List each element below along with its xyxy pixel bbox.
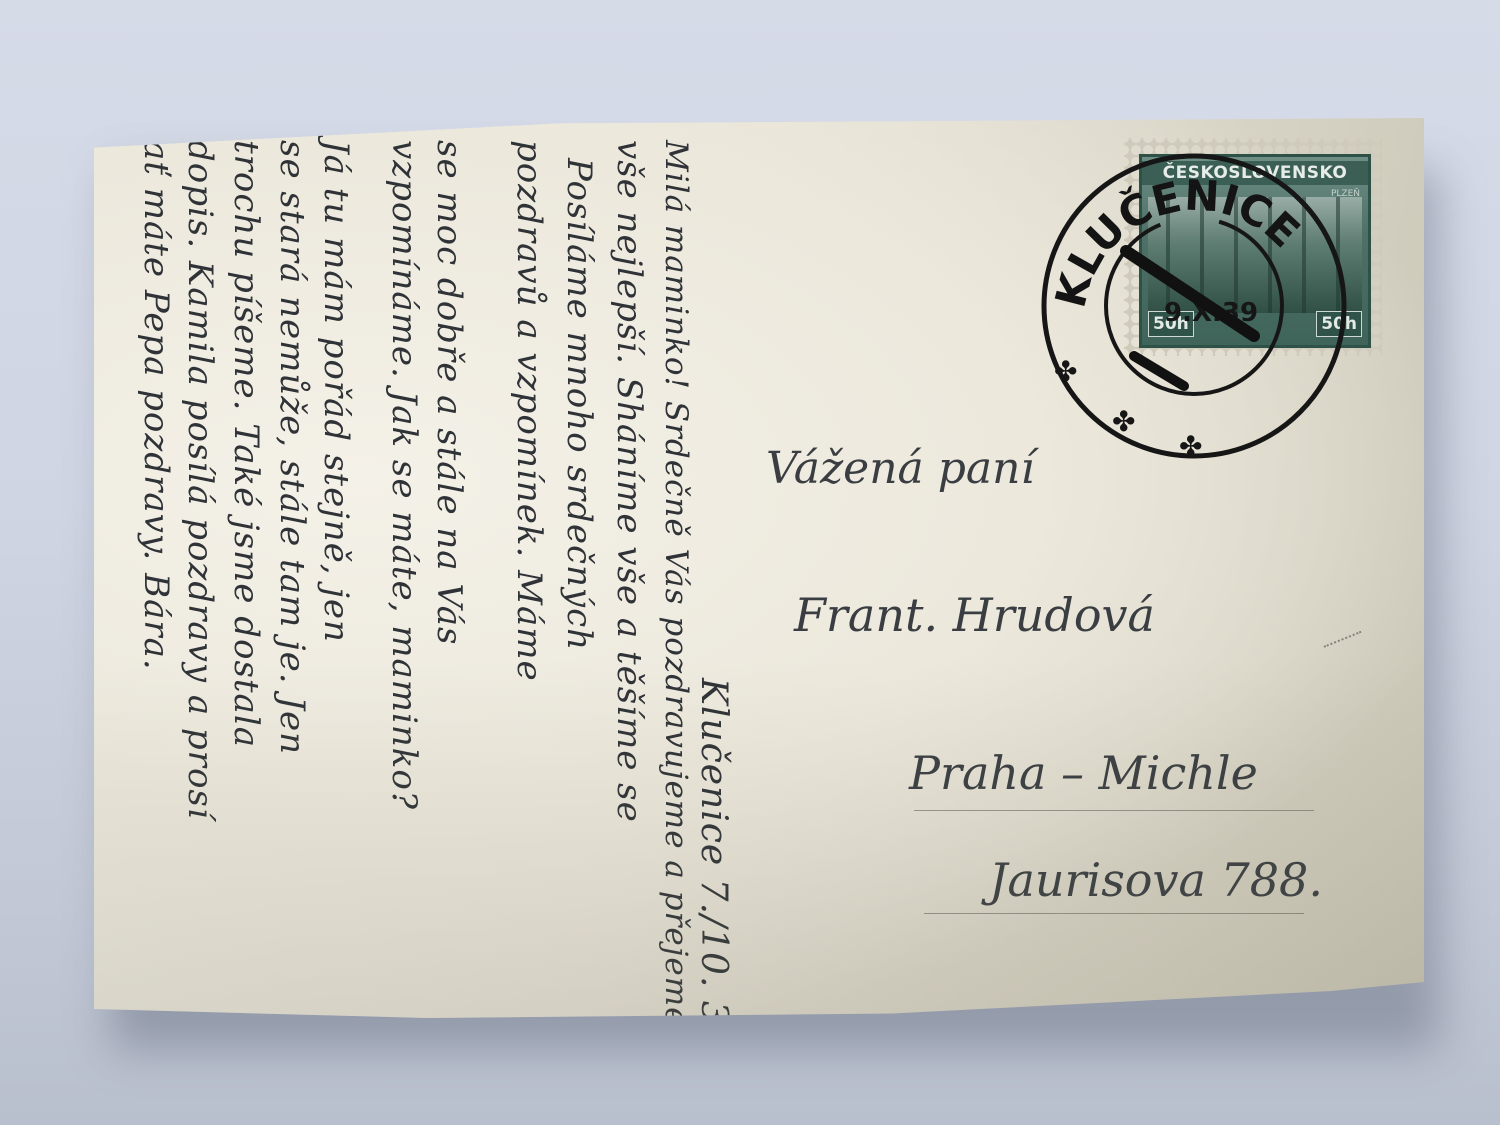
message-line: pozdravů a vzpomínek. Máme — [509, 140, 549, 682]
address-underline — [924, 913, 1304, 914]
postmark-ornament-icon: ✤ — [1054, 355, 1077, 388]
address-name: Frant. Hrudová — [794, 588, 1155, 642]
message-line: dopis. Kamila posílá pozdravy a prosí — [180, 140, 220, 820]
message-line: Milá maminko! Srdečně Vás pozdravujeme a… — [658, 140, 694, 1026]
postmark-ornament-icon: ✤ — [1112, 405, 1135, 438]
message-line: vzpomínáme. Jak se máte, maminko? — [384, 140, 424, 810]
message-line: vše nejlepší. Sháníme vše a těšíme se — [609, 140, 649, 823]
message-line: se stará nemůže, stále tam je. Jen — [272, 140, 312, 755]
faint-pencil-mark — [1324, 631, 1365, 655]
address-underline — [914, 810, 1314, 811]
message-line: ať máte Pepa pozdravy. Bára. — [136, 140, 176, 671]
message-line: Posíláme mnoho srdečných — [559, 158, 599, 651]
address-city: Praha – Michle — [909, 746, 1258, 800]
postcard: Klučenice 7./10. 39 Milá maminko! Srdečn… — [94, 118, 1424, 1018]
address-salutation: Vážená paní — [766, 443, 1035, 494]
message-line: trochu píšeme. Také jsme dostala — [226, 140, 266, 748]
postmark-cancellation: KLUČENICE 9.X.39 ✤ ✤ ✤ — [1014, 136, 1374, 466]
message-line: se moc dobře a stále na Vás — [429, 140, 469, 646]
message-line: Já tu mám pořád stejně, jen — [316, 140, 356, 643]
message-heading: Klučenice 7./10. 39 — [693, 678, 734, 1049]
message-block: Klučenice 7./10. 39 Milá maminko! Srdečn… — [94, 118, 794, 1018]
postmark-ornament-icon: ✤ — [1179, 430, 1202, 463]
address-street: Jaurisova 788. — [989, 853, 1323, 907]
